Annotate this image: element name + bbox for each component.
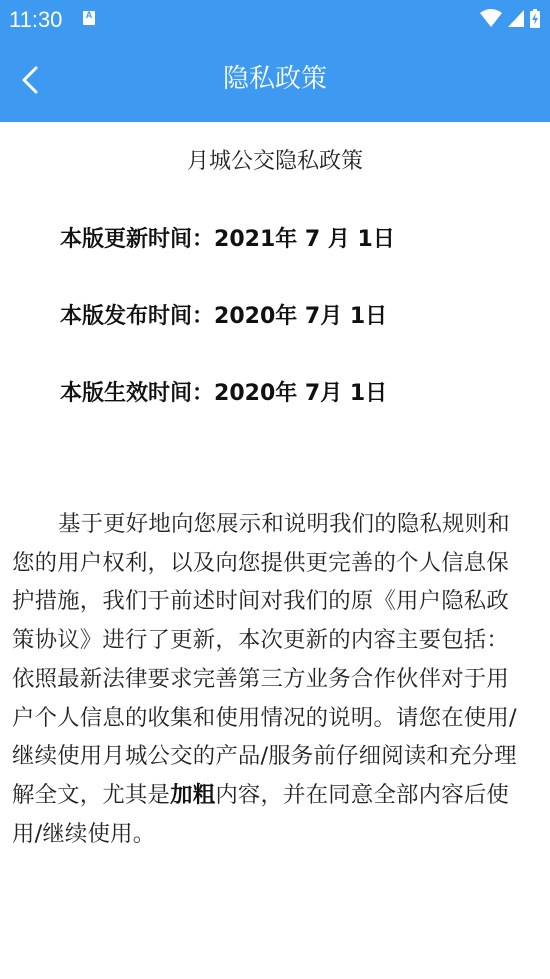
intro-paragraph: 基于更好地向您展示和说明我们的隐私规则和您的用户权利，以及向您提供更完善的个人信… <box>12 505 528 853</box>
battery-charging-icon <box>530 9 540 28</box>
status-time: 11:30 <box>9 7 62 33</box>
status-icons <box>480 8 540 28</box>
update-time: 本版更新时间：2021年 7 月 1日 <box>60 222 395 253</box>
document-title: 月城公交隐私政策 <box>0 144 550 175</box>
signal-icon <box>508 10 524 27</box>
bold-emphasis: 加粗 <box>170 782 215 808</box>
notification-a-icon: A <box>83 11 95 25</box>
effective-time: 本版生效时间：2020年 7月 1日 <box>60 376 387 407</box>
page-title: 隐私政策 <box>0 60 550 98</box>
toolbar: 隐私政策 <box>0 40 550 122</box>
publish-time: 本版发布时间：2020年 7月 1日 <box>60 299 387 330</box>
status-bar: 11:30 A <box>0 0 550 40</box>
app-header: 11:30 A 隐私政策 <box>0 0 550 122</box>
wifi-icon <box>480 9 502 27</box>
